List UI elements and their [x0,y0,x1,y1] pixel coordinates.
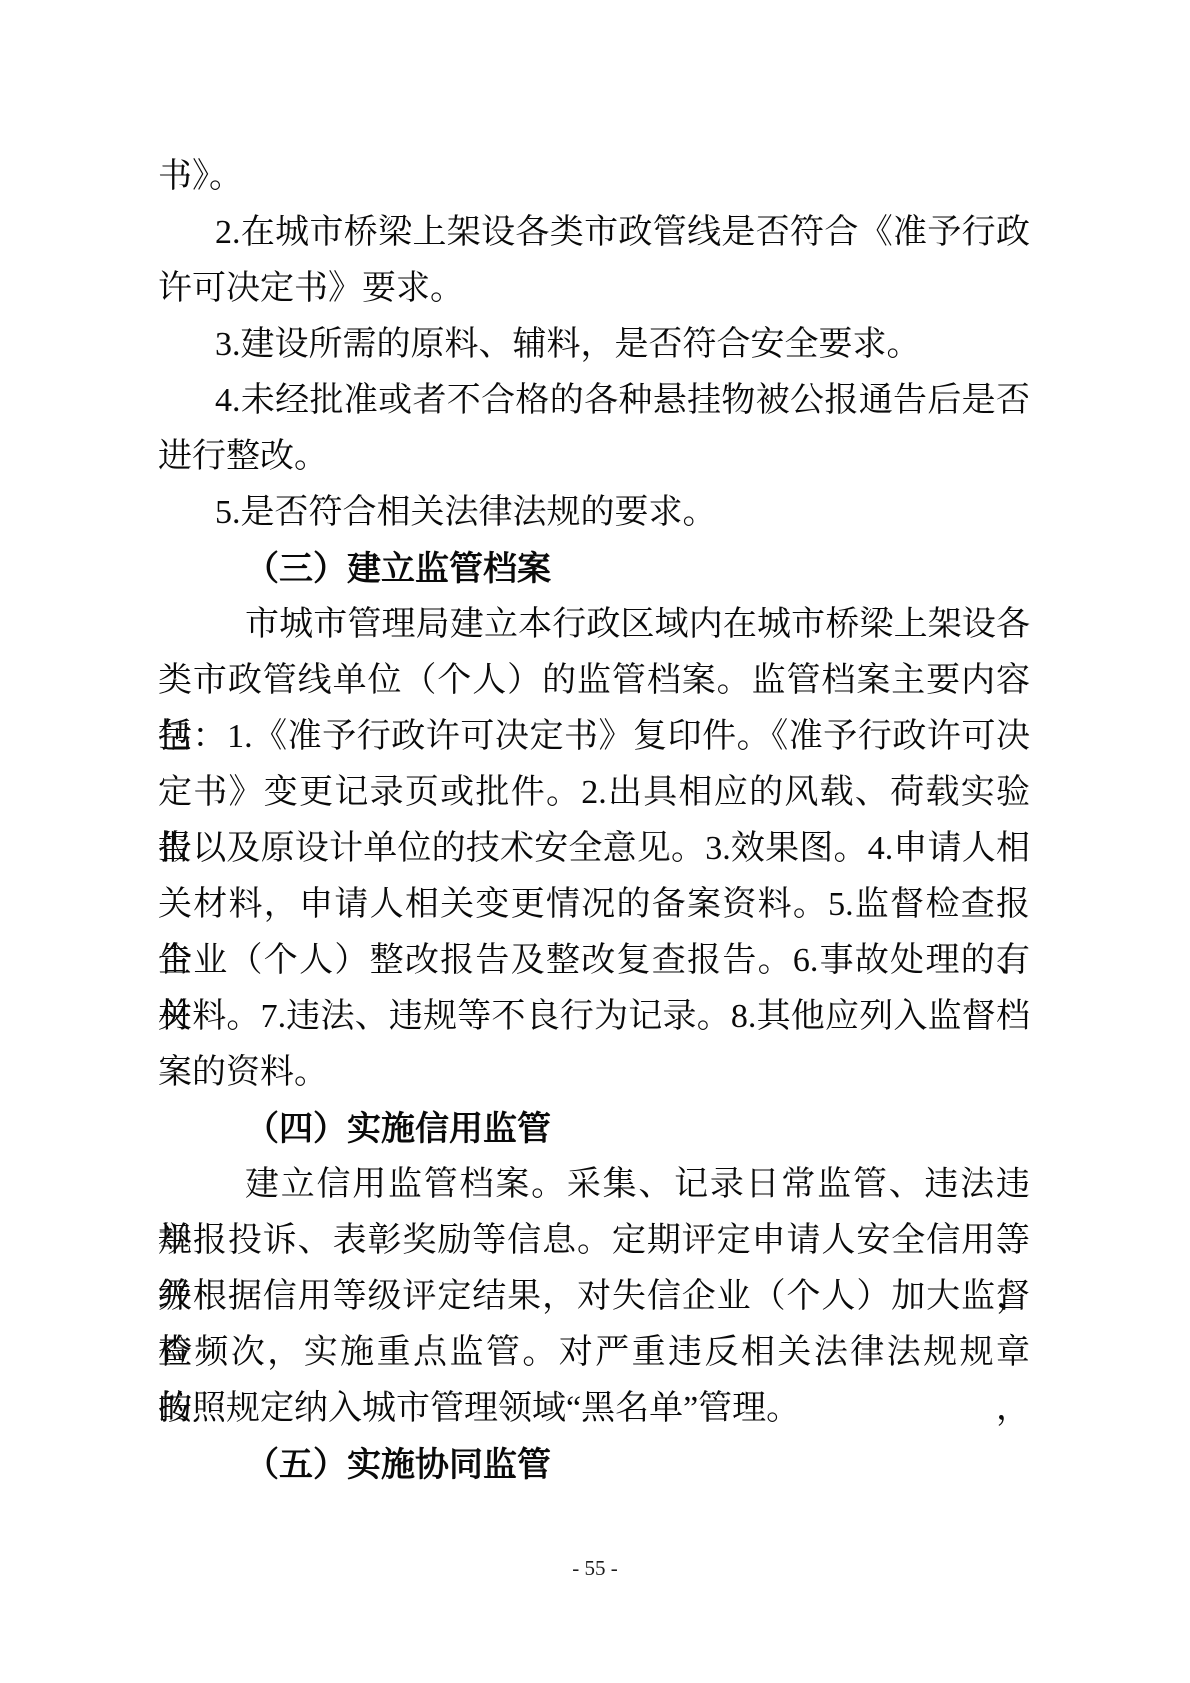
body-line: 关材料，申请人相关变更情况的备案资料。5.监督检查报告、 [158,877,1030,933]
body-line: 类市政管线单位（个人）的监管档案。监管档案主要内容包 [158,653,1030,709]
body-line: 告以及原设计单位的技术安全意见。3.效果图。4.申请人相 [158,821,1030,877]
body-line: 市城市管理局建立本行政区域内在城市桥梁上架设各 [158,597,1030,653]
body-line: 2.在城市桥梁上架设各类市政管线是否符合《准予行政 [158,205,1030,261]
body-line: 5.是否符合相关法律法规的要求。 [158,485,1030,541]
body-line: 建立信用监管档案。采集、记录日常监管、违法违规、 [158,1157,1030,1213]
body-line: 查频次，实施重点监管。对严重违反相关法律法规规章的， [158,1325,1030,1381]
section-heading: （四）实施信用监管 [158,1101,1030,1157]
body-line: 进行整改。 [158,429,1030,485]
section-heading: （三）建立监管档案 [158,541,1030,597]
body-line: 举报投诉、表彰奖励等信息。定期评定申请人安全信用等级， [158,1213,1030,1269]
body-line: 案的资料。 [158,1045,1030,1101]
body-line: 4.未经批准或者不合格的各种悬挂物被公报通告后是否 [158,373,1030,429]
body-line: 企业（个人）整改报告及整改复查报告。6.事故处理的有关 [158,933,1030,989]
body-line: 3.建设所需的原料、辅料，是否符合安全要求。 [158,317,1030,373]
body-line: 并根据信用等级评定结果，对失信企业（个人）加大监督检 [158,1269,1030,1325]
section-heading: （五）实施协同监管 [158,1437,1030,1493]
body-line: 括：1.《准予行政许可决定书》复印件。《准予行政许可决 [158,709,1030,765]
body-line: 材料。7.违法、违规等不良行为记录。8.其他应列入监督档 [158,989,1030,1045]
body-line: 许可决定书》要求。 [158,261,1030,317]
body-line: 定书》变更记录页或批件。2.出具相应的风载、荷载实验报 [158,765,1030,821]
document-page: 书》。 2.在城市桥梁上架设各类市政管线是否符合《准予行政 许可决定书》要求。 … [0,0,1190,1683]
document-body: 书》。 2.在城市桥梁上架设各类市政管线是否符合《准予行政 许可决定书》要求。 … [158,149,1030,1493]
body-line: 书》。 [158,149,1030,205]
page-number: - 55 - [0,1556,1190,1580]
